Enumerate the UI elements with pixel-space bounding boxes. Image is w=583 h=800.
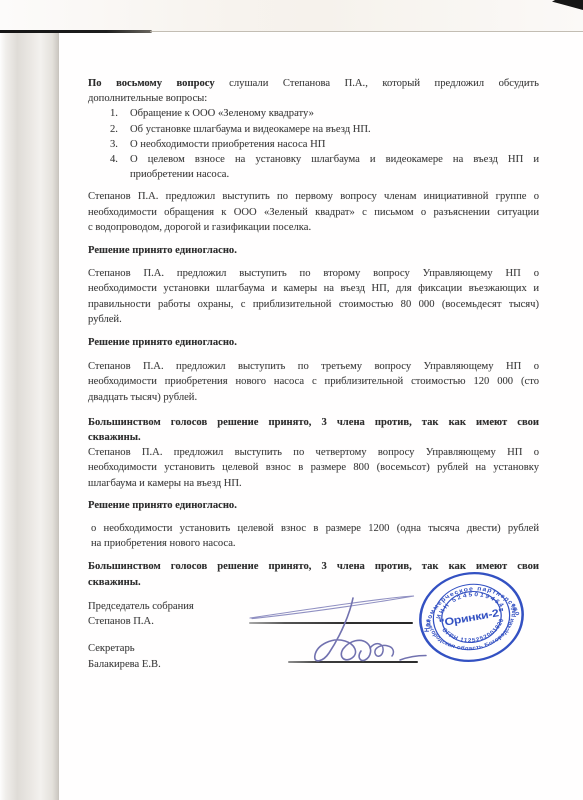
text-line: Степанов П.А. предложил выступить по тре… <box>88 359 539 374</box>
paragraph-issue-1: Степанов П.А. предложил выступить по пер… <box>88 189 539 235</box>
pen-flourish-stroke <box>250 596 414 619</box>
round-stamp: ✱ Некоммерческое партнерство ✱ Нижегород… <box>408 560 536 674</box>
paragraph-target-fee: о необходимости установить целевой взнос… <box>88 521 539 551</box>
text-line: дополнительные вопросы: <box>88 91 539 106</box>
list-item-number: 2. <box>110 122 130 137</box>
text-line: Решение принято единогласно. <box>88 335 539 350</box>
text-line: необходимости установить целевой взнос в… <box>88 460 539 475</box>
text-line: скважины. <box>88 430 539 445</box>
list-item-number: 4. <box>110 152 130 182</box>
text-line: Решение принято единогласно. <box>88 243 539 258</box>
text-line: приобретении насоса. <box>130 167 539 182</box>
text-line: Большинством голосов решение принято, 3 … <box>88 415 539 430</box>
text-line: необходимости установки шлагбаума и каме… <box>88 281 539 296</box>
decision-unanimous-1: Решение принято единогласно. <box>88 243 539 258</box>
text-line: необходимости приобретения нового насоса… <box>88 374 539 389</box>
list-item: 2.Об установке шлагбаума и видеокамере н… <box>88 122 539 137</box>
text-line: По восьмому вопросу слушали Степанова П.… <box>88 76 539 91</box>
text-line: рублей. <box>88 312 539 327</box>
list-item-number: 1. <box>110 106 130 121</box>
list-item: 3.О необходимости приобретения насоса НП <box>88 137 539 152</box>
text-line: Обращение к ООО «Зеленому квадрату» <box>130 106 539 121</box>
paragraph-issue-2: Степанов П.А. предложил выступить по вто… <box>88 266 539 327</box>
text-line: О целевом взносе на установку шлагбаума … <box>130 152 539 167</box>
text-line: необходимости обращения к ООО «Зеленый к… <box>88 205 539 220</box>
signature-ink <box>240 585 430 675</box>
page-stack-edge <box>0 33 59 800</box>
text-line: о необходимости установить целевой взнос… <box>88 521 539 536</box>
list-item-text: Обращение к ООО «Зеленому квадрату» <box>130 106 539 121</box>
bold-lead-text: По восьмому вопросу <box>88 78 215 89</box>
paragraph-issue-4: Степанов П.А. предложил выступить по чет… <box>88 445 539 491</box>
pen-tail-stroke <box>370 644 393 656</box>
list-item-text: О необходимости приобретения насоса НП <box>130 137 539 152</box>
paragraph-question-8: По восьмому вопросу слушали Степанова П.… <box>88 76 539 106</box>
page-top-edge-light <box>150 31 583 32</box>
text-line: Степанов П.А. предложил выступить по вто… <box>88 266 539 281</box>
text-line: с водопроводом, дорогой и газификации по… <box>88 220 539 235</box>
decision-majority-1: Большинством голосов решение принято, 3 … <box>88 415 539 445</box>
text-line: на приобретения нового насоса. <box>88 536 539 551</box>
text-line: правильности работы охраны, с приблизите… <box>88 297 539 312</box>
text-line: шлагбаума и камеры на въезд НП. <box>88 476 539 491</box>
list-item-text: Об установке шлагбаума и видеокамере на … <box>130 122 539 137</box>
additional-questions-list: 1.Обращение к ООО «Зеленому квадрату»2.О… <box>88 106 539 182</box>
list-item: 1.Обращение к ООО «Зеленому квадрату» <box>88 106 539 121</box>
list-item: 4.О целевом взносе на установку шлагбаум… <box>88 152 539 182</box>
stamp-svg: ✱ Некоммерческое партнерство ✱ Нижегород… <box>408 560 536 674</box>
decision-unanimous-2: Решение принято единогласно. <box>88 335 539 350</box>
scanned-page: По восьмому вопросу слушали Степанова П.… <box>0 0 583 800</box>
text-line: Об установке шлагбаума и видеокамере на … <box>130 122 539 137</box>
text-line: двадцать тысяч) рублей. <box>88 390 539 405</box>
list-item-text: О целевом взносе на установку шлагбаума … <box>130 152 539 182</box>
text-line: Степанов П.А. предложил выступить по чет… <box>88 445 539 460</box>
text-line: Решение принято единогласно. <box>88 498 539 513</box>
scanner-top-band <box>0 0 583 31</box>
paragraph-issue-3: Степанов П.А. предложил выступить по тре… <box>88 359 539 405</box>
text-line: О необходимости приобретения насоса НП <box>130 137 539 152</box>
stamp-org-name: "Оринки-2" <box>438 607 505 629</box>
list-item-number: 3. <box>110 137 130 152</box>
decision-unanimous-3: Решение принято единогласно. <box>88 498 539 513</box>
text-line: Степанов П.А. предложил выступить по пер… <box>88 189 539 204</box>
